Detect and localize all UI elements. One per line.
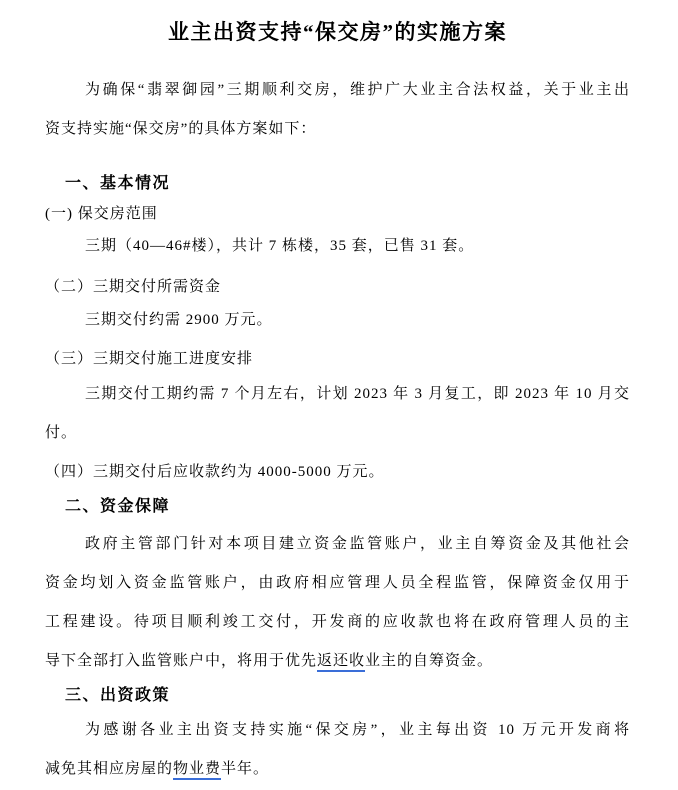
policy-paragraph: 为感谢各业主出资支持实施“保交房”，业主每出资 10 万元开发商将 减免其相应房…	[45, 711, 630, 789]
funds-paragraph-line-4: 导下全部打入监管账户中，将用于优先返还收业主的自筹资金。	[45, 642, 630, 681]
policy-line2-suffix: 半年。	[221, 761, 269, 777]
policy-line2-prefix: 减免其相应房屋的	[45, 761, 173, 777]
funds-line4-suffix: 业主的自筹资金。	[365, 653, 493, 669]
item-schedule-body-line-2: 付。	[45, 414, 630, 453]
funds-paragraph-line-3: 工程建设。待项目顺利竣工交付，开发商的应收款也将在政府管理人员的主	[45, 603, 630, 642]
document-page: 业主出资支持“保交房”的实施方案 为确保“翡翠御园”三期顺利交房，维护广大业主合…	[0, 0, 678, 790]
intro-line-1: 为确保“翡翠御园”三期顺利交房，维护广大业主合法权益，关于业主出	[45, 71, 630, 110]
funds-paragraph-line-1: 政府主管部门针对本项目建立资金监管账户，业主自筹资金及其他社会	[45, 525, 630, 564]
item-schedule-label: （三）三期交付施工进度安排	[45, 344, 630, 374]
item-schedule-body: 三期交付工期约需 7 个月左右，计划 2023 年 3 月复工，即 2023 年…	[45, 375, 630, 453]
policy-paragraph-line-1: 为感谢各业主出资支持实施“保交房”，业主每出资 10 万元开发商将	[45, 711, 630, 750]
item-receivable-label: （四）三期交付后应收款约为 4000-5000 万元。	[45, 457, 630, 487]
item-funds-label: （二）三期交付所需资金	[45, 272, 630, 302]
funds-paragraph-line-2: 资金均划入资金监管账户，由政府相应管理人员全程监管，保障资金仅用于	[45, 564, 630, 603]
funds-line4-prefix: 导下全部打入监管账户中，将用于优先	[45, 653, 317, 669]
section-funds-heading: 二、资金保障	[45, 492, 630, 522]
proofing-underlined-text: 返还收	[317, 653, 365, 672]
item-funds-body: 三期交付约需 2900 万元。	[45, 305, 630, 335]
section-basic-heading: 一、基本情况	[45, 169, 630, 199]
section-policy-heading: 三、出资政策	[45, 681, 630, 711]
policy-paragraph-line-2: 减免其相应房屋的物业费半年。	[45, 750, 630, 789]
funds-guarantee-paragraph: 政府主管部门针对本项目建立资金监管账户，业主自筹资金及其他社会 资金均划入资金监…	[45, 525, 630, 681]
intro-paragraph: 为确保“翡翠御园”三期顺利交房，维护广大业主合法权益，关于业主出 资支持实施“保…	[45, 71, 630, 149]
item-scope-label: (一) 保交房范围	[45, 199, 630, 229]
item-scope-body: 三期（40—46#楼），共计 7 栋楼，35 套，已售 31 套。	[45, 231, 630, 261]
item-schedule-body-line-1: 三期交付工期约需 7 个月左右，计划 2023 年 3 月复工，即 2023 年…	[45, 375, 630, 414]
intro-line-2: 资支持实施“保交房”的具体方案如下：	[45, 110, 630, 149]
proofing-underlined-text: 物业费	[173, 761, 221, 780]
document-title: 业主出资支持“保交房”的实施方案	[45, 17, 630, 47]
